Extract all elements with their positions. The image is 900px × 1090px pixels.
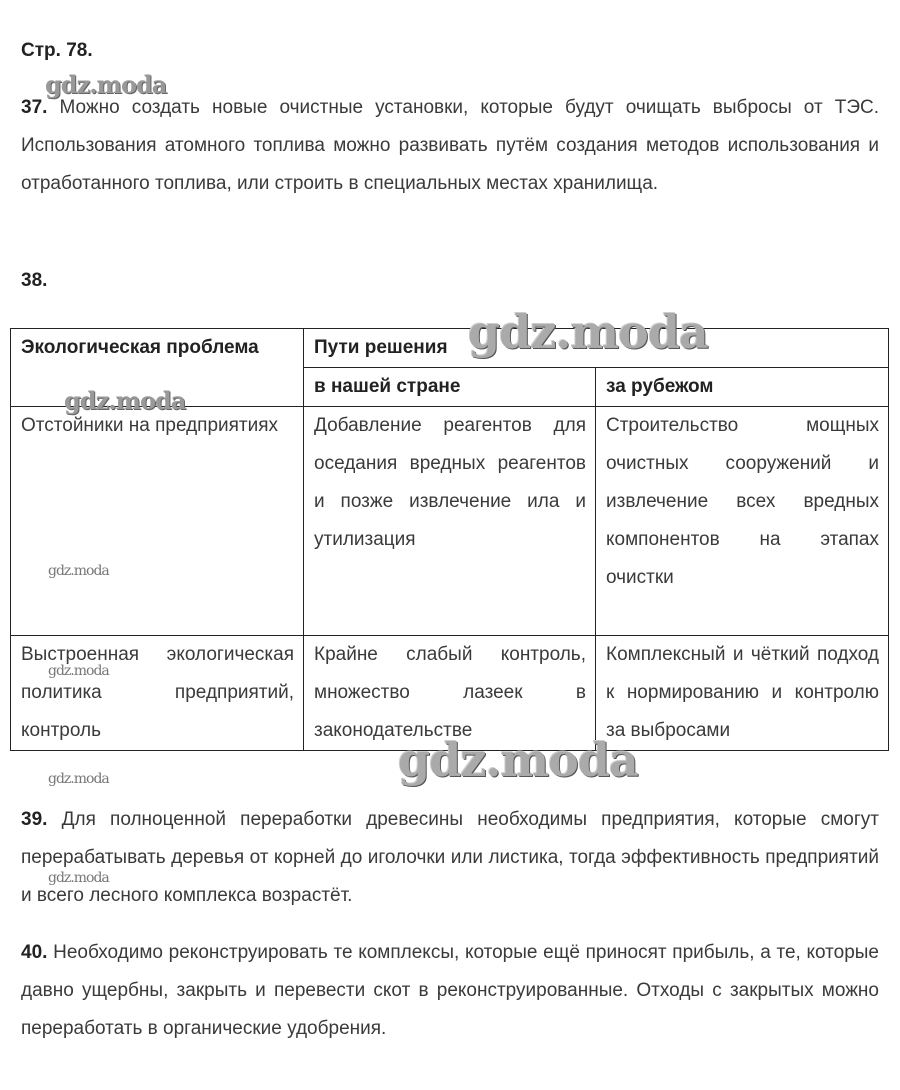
- ecology-table: Экологическая проблема Пути решения в на…: [10, 328, 889, 751]
- page-heading: Стр. 78.: [21, 40, 93, 62]
- task-38-number: 38.: [21, 270, 47, 292]
- task-39: 39. Для полноценной переработки древесин…: [21, 801, 879, 915]
- table-row: Отстойники на предприятиях Добавление ре…: [11, 407, 889, 636]
- task-number: 39.: [21, 809, 47, 830]
- header-solutions: Пути решения: [304, 329, 889, 368]
- task-text: Для полноценной переработки древесины не…: [21, 809, 879, 906]
- header-domestic: в нашей стране: [304, 368, 596, 407]
- header-abroad: за рубежом: [596, 368, 889, 407]
- cell-domestic: Крайне слабый контроль, множество лазеек…: [304, 636, 596, 751]
- header-problem: Экологическая проблема: [11, 329, 304, 407]
- table-row: Выстроенная экологическая политика предп…: [11, 636, 889, 751]
- cell-abroad: Строительство мощных очистных сооружений…: [596, 407, 889, 636]
- task-text: Необходимо реконструировать те комплексы…: [21, 942, 879, 1039]
- cell-abroad: Комплексный и чёткий подход к нормирован…: [596, 636, 889, 751]
- task-number: 37.: [21, 97, 47, 118]
- cell-problem: Отстойники на предприятиях: [11, 407, 304, 636]
- task-text: Можно создать новые очистные установки, …: [21, 97, 879, 194]
- task-number: 40.: [21, 942, 47, 963]
- cell-problem: Выстроенная экологическая политика предп…: [11, 636, 304, 751]
- task-37: 37. Можно создать новые очистные установ…: [21, 89, 879, 203]
- watermark: gdz.moda: [48, 771, 109, 787]
- task-40: 40. Необходимо реконструировать те компл…: [21, 934, 879, 1048]
- cell-domestic: Добавление реагентов для оседания вредны…: [304, 407, 596, 636]
